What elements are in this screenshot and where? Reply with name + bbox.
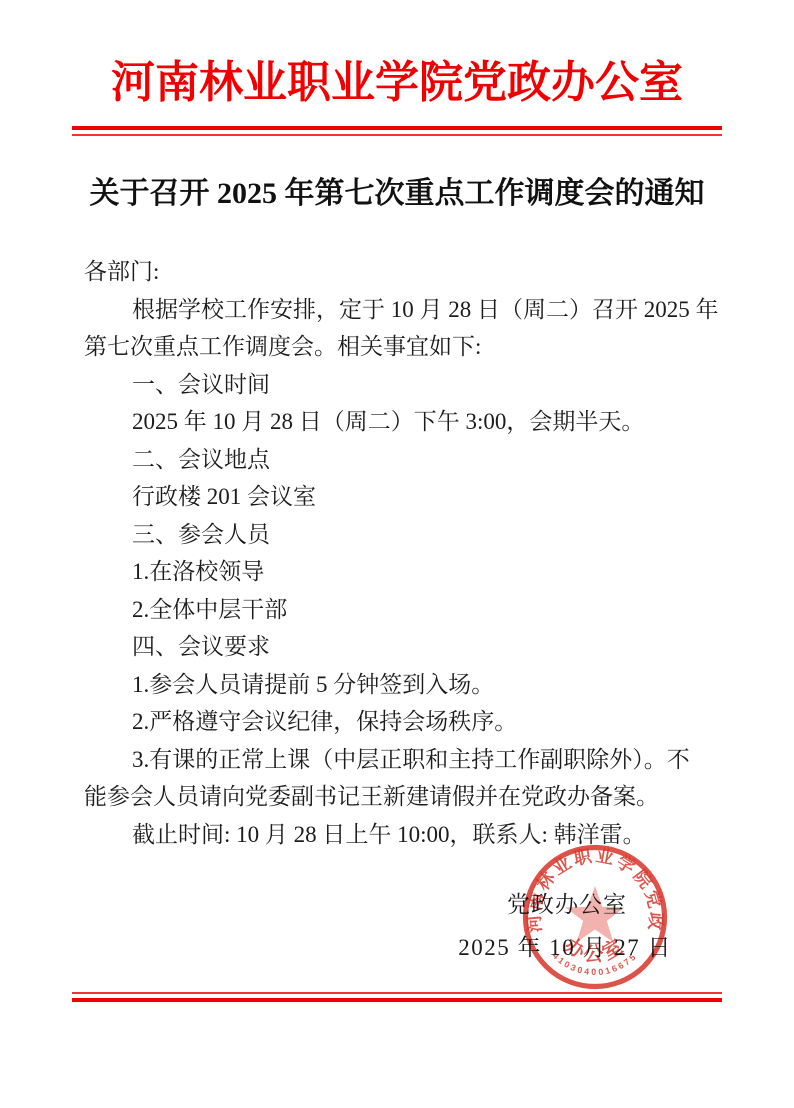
body-line: 各部门: (84, 253, 724, 291)
body-line: 第七次重点工作调度会。相关事宜如下: (84, 328, 724, 366)
body-line: 一、会议时间 (84, 366, 724, 404)
body-line: 能参会人员请向党委副书记王新建请假并在党政办备案。 (84, 778, 724, 816)
footer-rule-thin (72, 992, 722, 994)
body-line: 四、会议要求 (84, 628, 724, 666)
letterhead-org-name: 河南林业职业学院党政办公室 (0, 46, 794, 110)
body-line: 2.严格遵守会议纪律，保持会场秩序。 (84, 703, 724, 741)
header-rule-thick (72, 126, 722, 130)
notice-title: 关于召开 2025 年第七次重点工作调度会的通知 (0, 168, 794, 212)
body-line: 1.参会人员请提前 5 分钟签到入场。 (84, 666, 724, 704)
body-line: 2.全体中层干部 (84, 591, 724, 629)
body-line: 截止时间: 10 月 28 日上午 10:00，联系人: 韩洋雷。 (84, 816, 724, 854)
body-line: 二、会议地点 (84, 441, 724, 479)
body-line: 三、参会人员 (84, 516, 724, 554)
body-line: 3.有课的正常上课（中层正职和主持工作副职除外）。不 (84, 741, 724, 779)
body-line: 根据学校工作安排，定于 10 月 28 日（周二）召开 2025 年 (84, 291, 724, 329)
body-line: 1.在洛校领导 (84, 553, 724, 591)
signature-date: 2025 年 10 月 27 日 (458, 929, 672, 962)
notice-body: 各部门: 根据学校工作安排，定于 10 月 28 日（周二）召开 2025 年 … (84, 253, 724, 853)
body-line: 2025 年 10 月 28 日（周二）下午 3:00，会期半天。 (84, 403, 724, 441)
signature-org: 党政办公室 (507, 886, 627, 919)
header-rule-thin (72, 134, 722, 136)
body-line: 行政楼 201 会议室 (84, 478, 724, 516)
footer-rule-thick (72, 998, 722, 1002)
